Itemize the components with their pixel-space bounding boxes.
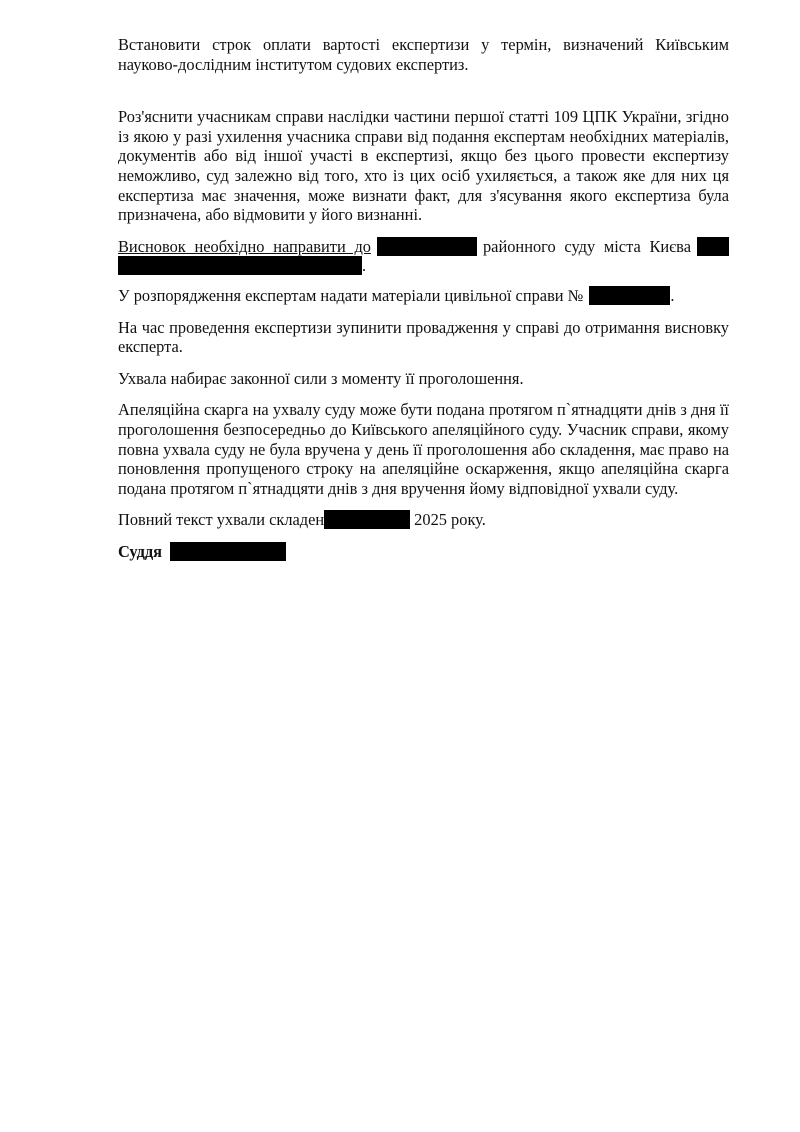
redacted-court-name <box>377 237 477 256</box>
redacted-judge-name <box>118 256 362 275</box>
paragraph-effective-date: Ухвала набирає законної сили з моменту ї… <box>118 369 729 389</box>
send-conclusion-text: Висновок необхідно направити до <box>118 237 371 256</box>
redacted-judge-signature <box>170 542 286 561</box>
district-court-text: районного суду міста Києва <box>483 237 691 256</box>
period: . <box>670 286 674 305</box>
redacted-case-number <box>589 286 670 305</box>
send-conclusion-line-2: . <box>118 256 729 276</box>
provide-materials-text: У розпорядження експертам надати матеріа… <box>118 286 583 305</box>
full-text-label: Повний текст ухвали складен <box>118 510 324 529</box>
document-page: Встановити строк оплати вартості експерт… <box>118 35 729 573</box>
paragraph-provide-materials: У розпорядження експертам надати матеріа… <box>118 286 729 306</box>
year-text: 2025 року. <box>414 510 486 529</box>
judge-label: Суддя <box>118 542 162 561</box>
period: . <box>362 256 366 275</box>
redacted-judge-initial <box>697 237 729 256</box>
paragraph-appeal: Апеляційна скарга на ухвалу суду може бу… <box>118 400 729 498</box>
paragraph-full-text-date: Повний текст ухвали складен2025 року. <box>118 510 729 530</box>
paragraph-send-conclusion: Висновок необхідно направити дорайонного… <box>118 237 729 276</box>
paragraph-consequences-article-109: Роз'яснити учасникам справи наслідки час… <box>118 107 729 225</box>
paragraph-suspend-proceedings: На час проведення експертизи зупинити пр… <box>118 318 729 357</box>
paragraph-expertise-payment-term: Встановити строк оплати вартості експерт… <box>118 35 729 74</box>
signature-block: Суддя <box>118 542 729 562</box>
send-conclusion-line: Висновок необхідно направити дорайонного… <box>118 237 729 257</box>
redacted-date <box>324 510 410 529</box>
